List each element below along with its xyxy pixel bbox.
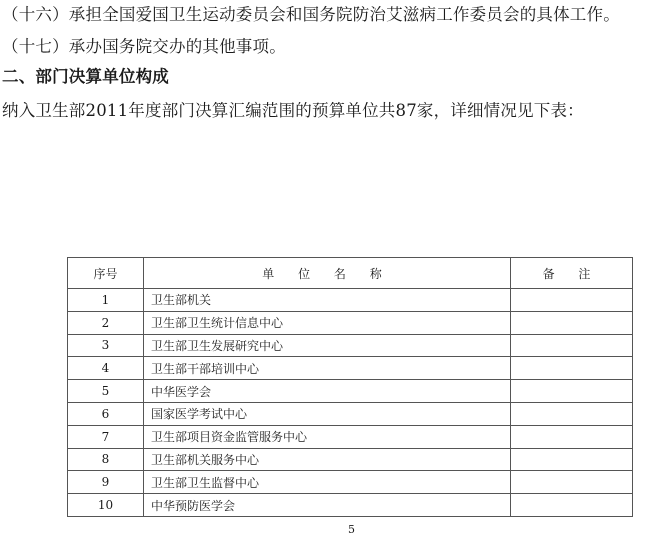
cell-unit-name: 卫生部卫生监督中心 bbox=[144, 471, 511, 494]
table-row: 4 卫生部干部培训中心 bbox=[68, 357, 633, 380]
table-header-row: 序号 单 位 名 称 备 注 bbox=[68, 258, 633, 289]
cell-unit-name: 卫生部卫生统计信息中心 bbox=[144, 311, 511, 334]
header-unit-name: 单 位 名 称 bbox=[144, 258, 511, 289]
cell-remarks bbox=[511, 425, 633, 448]
table-row: 1 卫生部机关 bbox=[68, 289, 633, 312]
cell-remarks bbox=[511, 402, 633, 425]
cell-serial-number: 3 bbox=[68, 334, 144, 357]
cell-serial-number: 8 bbox=[68, 448, 144, 471]
cell-unit-name: 中华医学会 bbox=[144, 380, 511, 403]
table-row: 6 国家医学考试中心 bbox=[68, 402, 633, 425]
cell-remarks bbox=[511, 289, 633, 312]
cell-remarks bbox=[511, 311, 633, 334]
cell-serial-number: 10 bbox=[68, 494, 144, 517]
paragraph-item-16: （十六）承担全国爱国卫生运动委员会和国务院防治艾滋病工作委员会的具体工作。 bbox=[2, 4, 620, 26]
cell-remarks bbox=[511, 494, 633, 517]
cell-remarks bbox=[511, 380, 633, 403]
cell-serial-number: 1 bbox=[68, 289, 144, 312]
section-heading: 二、部门决算单位构成 bbox=[2, 66, 169, 88]
table-row: 8 卫生部机关服务中心 bbox=[68, 448, 633, 471]
page-number: 5 bbox=[348, 523, 355, 536]
cell-unit-name: 国家医学考试中心 bbox=[144, 402, 511, 425]
cell-remarks bbox=[511, 448, 633, 471]
budget-units-table: 序号 单 位 名 称 备 注 1 卫生部机关 2 卫生部卫生统计信息中心 3 卫… bbox=[67, 257, 633, 517]
cell-unit-name: 中华预防医学会 bbox=[144, 494, 511, 517]
cell-unit-name: 卫生部卫生发展研究中心 bbox=[144, 334, 511, 357]
table-row: 3 卫生部卫生发展研究中心 bbox=[68, 334, 633, 357]
cell-serial-number: 5 bbox=[68, 380, 144, 403]
table-row: 9 卫生部卫生监督中心 bbox=[68, 471, 633, 494]
header-remarks: 备 注 bbox=[511, 258, 633, 289]
cell-unit-name: 卫生部机关 bbox=[144, 289, 511, 312]
paragraph-item-17: （十七）承办国务院交办的其他事项。 bbox=[2, 36, 286, 58]
cell-unit-name: 卫生部干部培训中心 bbox=[144, 357, 511, 380]
cell-remarks bbox=[511, 334, 633, 357]
table-row: 10 中华预防医学会 bbox=[68, 494, 633, 517]
cell-serial-number: 7 bbox=[68, 425, 144, 448]
cell-remarks bbox=[511, 357, 633, 380]
intro-text: 纳入卫生部2011年度部门决算汇编范围的预算单位共87家，详细情况见下表： bbox=[2, 100, 584, 122]
cell-unit-name: 卫生部项目资金监管服务中心 bbox=[144, 425, 511, 448]
table-row: 5 中华医学会 bbox=[68, 380, 633, 403]
table-row: 2 卫生部卫生统计信息中心 bbox=[68, 311, 633, 334]
table-row: 7 卫生部项目资金监管服务中心 bbox=[68, 425, 633, 448]
cell-remarks bbox=[511, 471, 633, 494]
cell-serial-number: 9 bbox=[68, 471, 144, 494]
header-serial-number: 序号 bbox=[68, 258, 144, 289]
cell-serial-number: 2 bbox=[68, 311, 144, 334]
cell-serial-number: 6 bbox=[68, 402, 144, 425]
cell-unit-name: 卫生部机关服务中心 bbox=[144, 448, 511, 471]
cell-serial-number: 4 bbox=[68, 357, 144, 380]
